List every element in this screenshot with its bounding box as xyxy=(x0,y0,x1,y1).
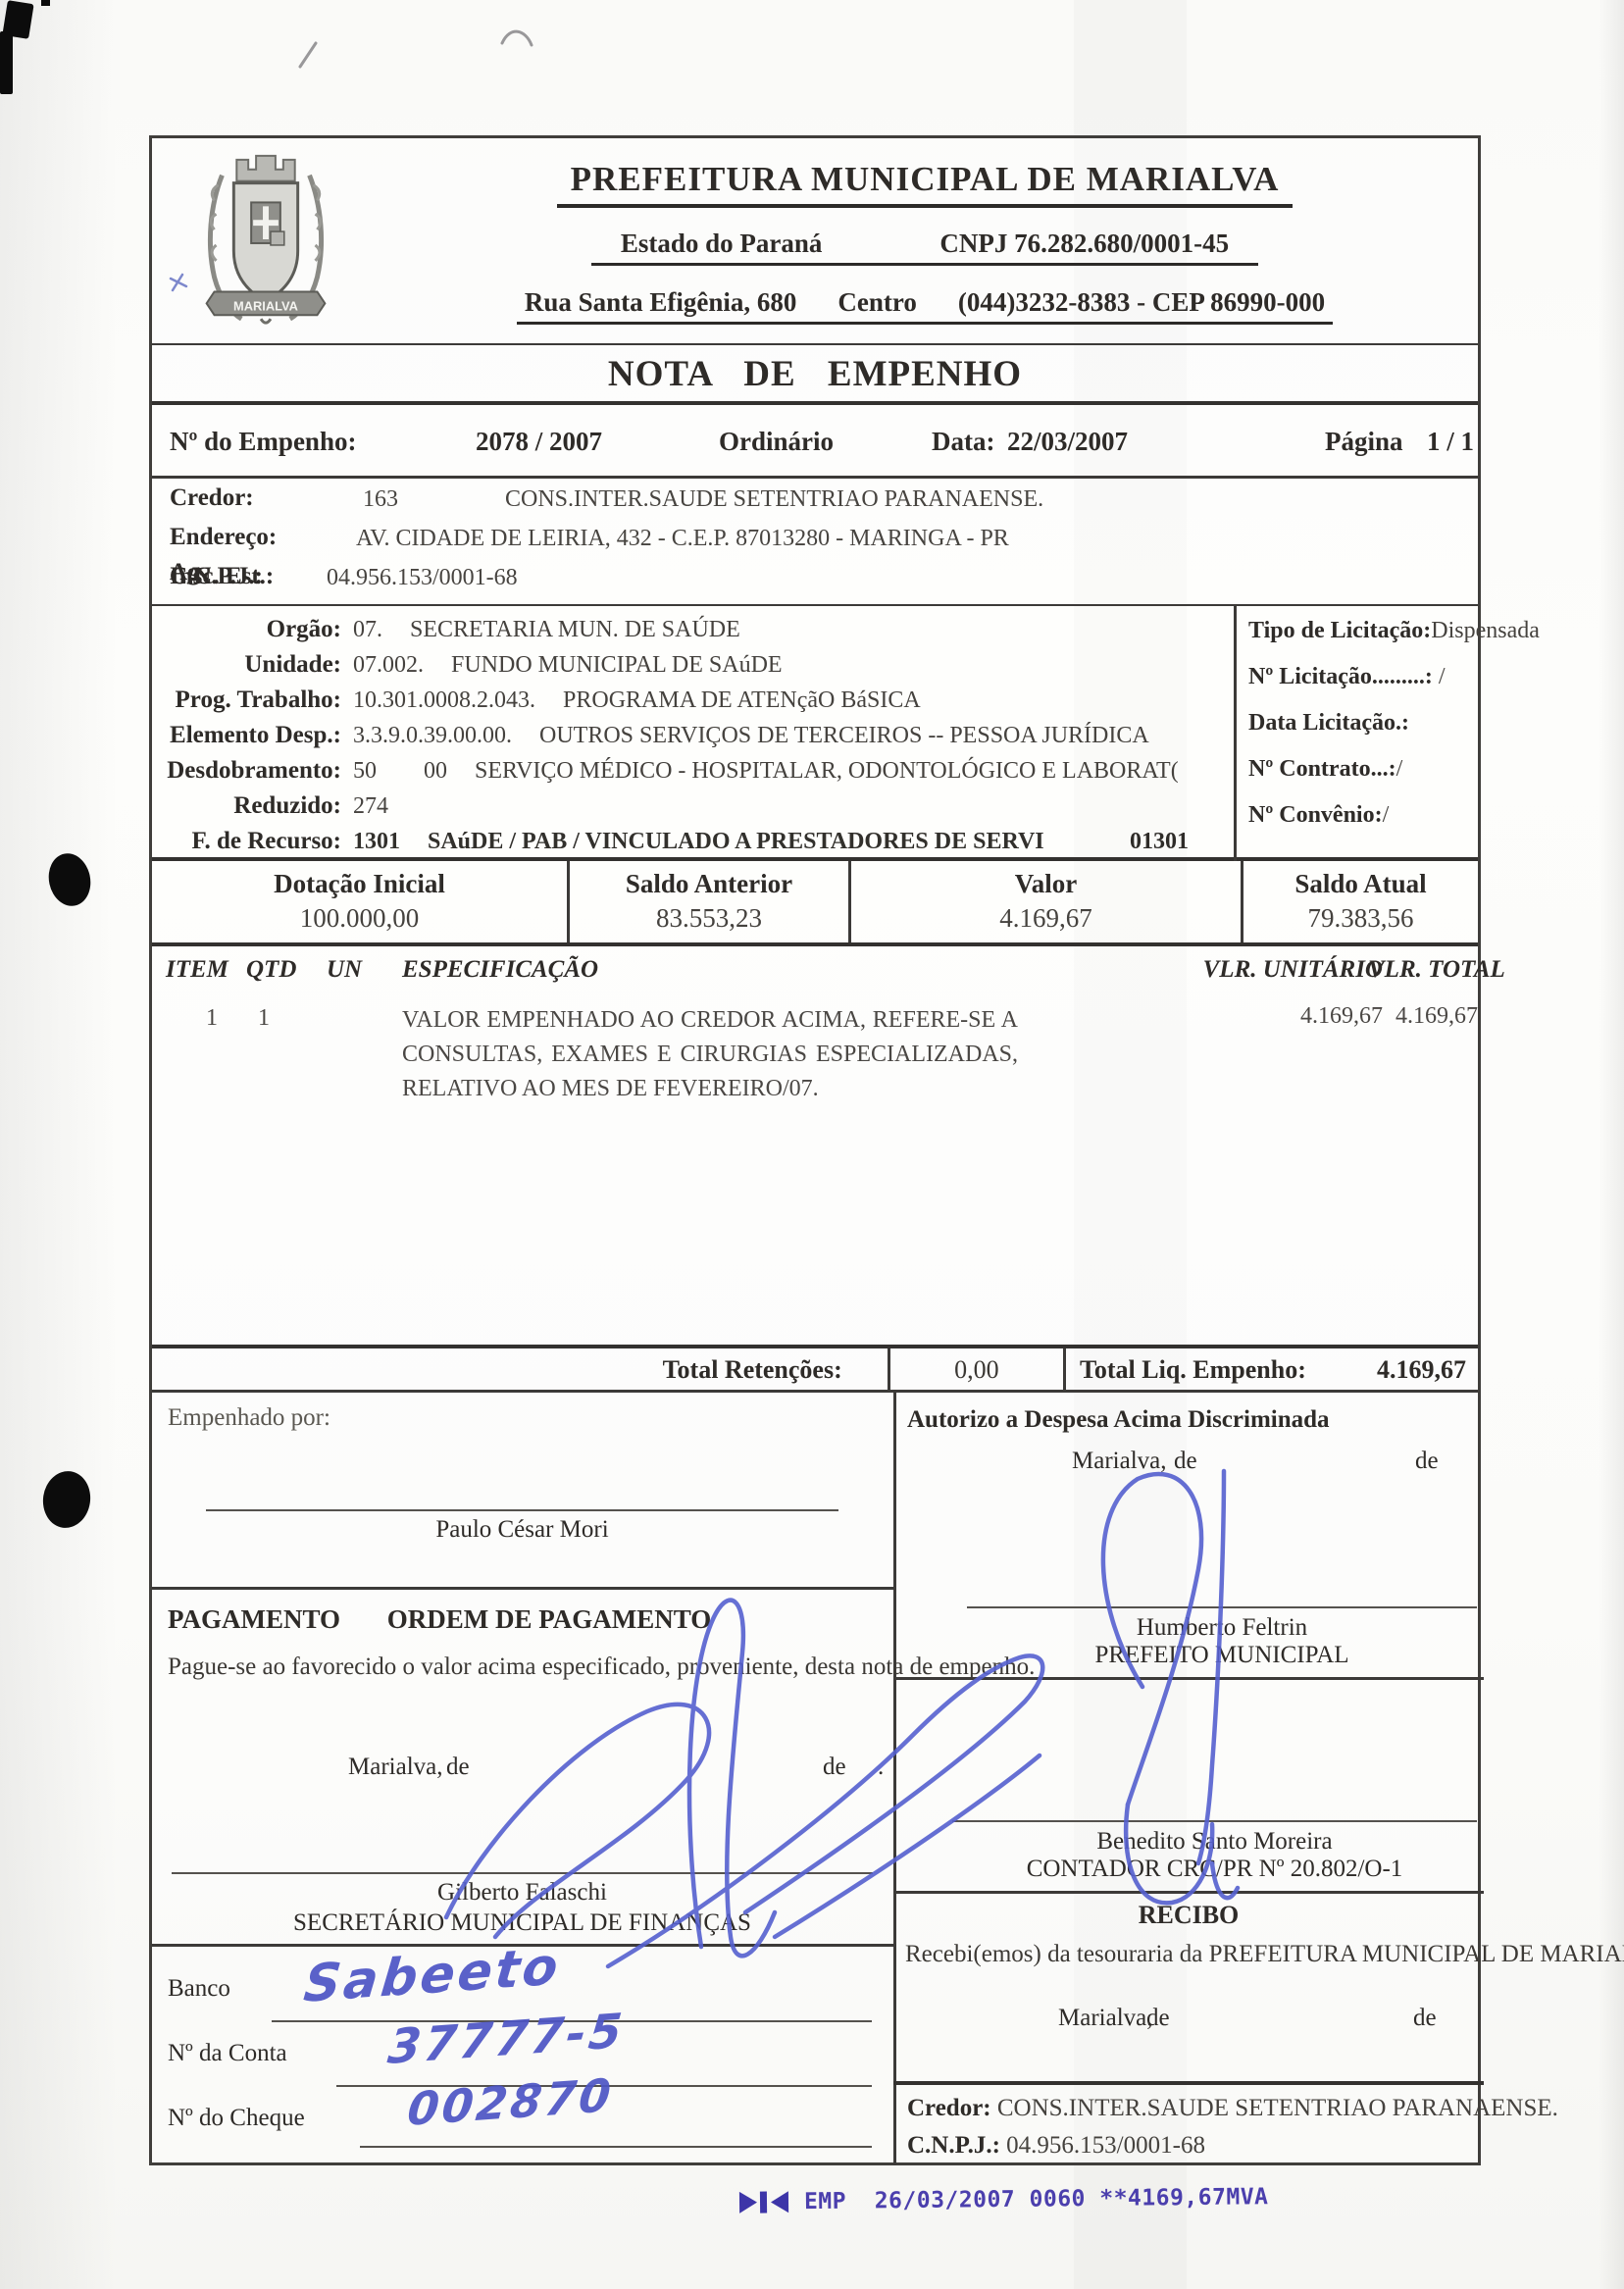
net-total-value: 4.169,67 xyxy=(1377,1355,1466,1385)
coat-banner-text: MARIALVA xyxy=(233,298,298,313)
licitacao-tipo-label: Tipo de Licitação: xyxy=(1248,618,1431,643)
signature-line xyxy=(952,1820,1477,1822)
scanned-page: MARIALVA PREFEITURA MUNICIPAL DE MARIALV… xyxy=(0,0,1624,2289)
row-code: 3.3.9.0.39.00.00. xyxy=(353,723,512,749)
row-label: Reduzido: xyxy=(152,792,353,820)
row-desc: OUTROS SERVIÇOS DE TERCEIROS -- PESSOA J… xyxy=(539,723,1149,749)
classification-row-reduzido: Reduzido: 274 xyxy=(152,792,1234,828)
empenho-type: Ordinário xyxy=(719,427,834,457)
empenho-number: 2078 / 2007 xyxy=(476,427,602,457)
licitacao-numero: Nº Licitação.........: / xyxy=(1248,664,1484,710)
letterhead-title-row: PREFEITURA MUNICIPAL DE MARIALVA xyxy=(380,160,1470,208)
col-header-qtd: QTD xyxy=(246,956,296,984)
col-header-vlr-unitario: VLR. UNITÁRIO xyxy=(1192,956,1383,984)
item-number: 1 xyxy=(206,1005,218,1032)
cheque-fill-line xyxy=(360,2146,872,2148)
city-blank: Marialva, xyxy=(1072,1448,1166,1475)
account-number-label: Nº da Conta xyxy=(168,2040,287,2067)
classification-row-prog-trabalho: Prog. Trabalho: 10.301.0008.2.043. PROGR… xyxy=(152,687,1234,722)
item-description: VALOR EMPENHADO AO CREDOR ACIMA, REFERE-… xyxy=(402,1003,1018,1106)
row-desc: PROGRAMA DE ATENçãO BáSICA xyxy=(563,687,921,714)
mayor-name: Humberto Feltrin xyxy=(967,1614,1477,1642)
accountant-name: Benedito Santo Moreira xyxy=(952,1828,1477,1856)
col-header-especificacao: ESPECIFICAÇÃO xyxy=(402,956,598,984)
date-label: Data: xyxy=(932,427,994,457)
licitacao-tipo-value: Dispensada xyxy=(1431,618,1540,643)
classification-row-orgao: Orgão: 07. SECRETARIA MUN. DE SAÚDE xyxy=(152,616,1234,651)
creditor-label: Credor: xyxy=(170,484,254,512)
scan-artifact-speck xyxy=(41,0,50,6)
document-title-band: NOTA DE EMPENHO xyxy=(152,343,1478,405)
page-label: Página xyxy=(1325,427,1403,457)
hole-punch-mark xyxy=(44,849,95,910)
row-code: 07.002. xyxy=(353,652,424,679)
totals-row: Total Retenções: 0,00 Total Liq. Empenho… xyxy=(152,1345,1478,1390)
municipality-cnpj: CNPJ 76.282.680/0001-45 xyxy=(939,229,1229,259)
classification-row-desdobramento: Desdobramento: 50 00 SERVIÇO MÉDICO - HO… xyxy=(152,757,1234,792)
marialva-coat-of-arms-icon: MARIALVA xyxy=(191,146,340,336)
net-total-label: Total Liq. Empenho: xyxy=(1080,1355,1306,1385)
licitacao-data: Data Licitação.: xyxy=(1248,710,1484,756)
valor-cell: Valor 4.169,67 xyxy=(851,861,1243,942)
receipt-title: RECIBO xyxy=(893,1901,1484,1930)
row-desc: SECRETARIA MUN. DE SAÚDE xyxy=(410,617,740,643)
cell-value: 100.000,00 xyxy=(152,903,567,934)
phone-cep: (044)3232-8383 - CEP 86990-000 xyxy=(958,287,1325,318)
items-table: ITEM QTD UN ESPECIFICAÇÃO VLR. UNITÁRIO … xyxy=(152,946,1478,1345)
hole-punch-mark xyxy=(39,1468,94,1531)
committed-by-name: Paulo César Mori xyxy=(206,1516,838,1544)
finance-secretary-role: SECRETÁRIO MUNICIPAL DE FINANÇAS xyxy=(172,1909,873,1937)
bank-handwritten-value: Sabeeto xyxy=(301,1937,564,2014)
state-label: Estado do Paraná xyxy=(621,229,823,259)
row-label: Orgão: xyxy=(152,616,353,643)
cell-label: Valor xyxy=(851,869,1241,899)
row-code2: 00 xyxy=(424,758,447,785)
letterhead-address-row: Rua Santa Efigênia, 680 Centro (044)3232… xyxy=(380,287,1470,325)
bidding-info-column: Tipo de Licitação:Dispensada Nº Licitaçã… xyxy=(1234,606,1484,861)
classification-row-elemento: Elemento Desp.: 3.3.9.0.39.00.00. OUTROS… xyxy=(152,722,1234,757)
address-label: Endereço: xyxy=(170,524,277,551)
signature-line xyxy=(206,1509,838,1511)
licitacao-contrato-label: Nº Contrato...: xyxy=(1248,756,1396,782)
date-blank-de: de xyxy=(1413,2005,1437,2032)
section-divider xyxy=(893,1677,1484,1680)
row-desc: FUNDO MUNICIPAL DE SAúDE xyxy=(451,652,783,679)
date-blank-de: de xyxy=(446,1754,470,1781)
signature-line xyxy=(967,1606,1477,1608)
payment-order-text: Pague-se ao favorecido o valor acima esp… xyxy=(168,1650,854,1685)
empenho-number-row: Nº do Empenho: 2078 / 2007 Ordinário Dat… xyxy=(152,405,1478,479)
item-total-value: 4.169,67 xyxy=(1368,1003,1478,1030)
receipt-cnpj-line: C.N.P.J.: 04.956.153/0001-68 xyxy=(907,2132,1205,2160)
finance-secretary-name: Gilberto Falaschi xyxy=(172,1879,873,1907)
item-unit-value: 4.169,67 xyxy=(1192,1003,1383,1030)
cheque-number-label: Nº do Cheque xyxy=(168,2105,305,2132)
district: Centro xyxy=(837,287,917,318)
col-header-item: ITEM xyxy=(166,956,228,984)
cell-label: Saldo Anterior xyxy=(570,869,848,899)
date-blank-de: de xyxy=(1174,1448,1197,1475)
city-blank: Marialva, xyxy=(1058,2005,1152,2032)
creditor-label: Credor: xyxy=(907,2095,991,2121)
row-code: 07. xyxy=(353,617,382,643)
row-label: Desdobramento: xyxy=(152,757,353,785)
section-divider xyxy=(893,2081,1484,2085)
licitacao-convenio: Nº Convênio:/ xyxy=(1248,802,1484,848)
account-handwritten-value: 37777-5 xyxy=(385,2004,628,2075)
page-number: 1 / 1 xyxy=(1427,427,1474,457)
cell-value: 83.553,23 xyxy=(570,903,848,934)
row-label: Unidade: xyxy=(152,651,353,679)
classification-rows: Orgão: 07. SECRETARIA MUN. DE SAÚDE Unid… xyxy=(152,606,1234,863)
licitacao-convenio-value: / xyxy=(1383,802,1390,828)
item-qty: 1 xyxy=(258,1005,270,1032)
licitacao-num-value: / xyxy=(1439,664,1446,689)
row-code: 1301 xyxy=(353,829,400,855)
creditor-name: CONS.INTER.SAUDE SETENTRIAO PARANAENSE. xyxy=(997,2095,1558,2121)
licitacao-contrato-value: / xyxy=(1396,756,1403,782)
retentions-label: Total Retenções: xyxy=(152,1348,890,1390)
row-desc: SAúDE / PAB / VINCULADO A PRESTADORES DE… xyxy=(428,829,1044,855)
row-label: Elemento Desp.: xyxy=(152,722,353,749)
licitacao-num-label: Nº Licitação.........: xyxy=(1248,664,1433,689)
column-divider xyxy=(893,1393,896,2165)
budget-classification-block: Orgão: 07. SECRETARIA MUN. DE SAÚDE Unid… xyxy=(152,606,1478,861)
licitacao-data-label: Data Licitação.: xyxy=(1248,710,1409,736)
cell-value: 4.169,67 xyxy=(851,903,1241,934)
dotacao-inicial-cell: Dotação Inicial 100.000,00 xyxy=(152,861,570,942)
city-blank: Marialva, xyxy=(348,1754,442,1781)
payment-order-title: ORDEM DE PAGAMENTO xyxy=(338,1604,760,1635)
creditor-cnpj: 04.956.153/0001-68 xyxy=(1006,2132,1205,2159)
creditor-address: AV. CIDADE DE LEIRIA, 432 - C.E.P. 87013… xyxy=(356,526,1009,552)
cell-label: Dotação Inicial xyxy=(152,869,567,899)
letterhead-state-row: Estado do Paraná CNPJ 76.282.680/0001-45 xyxy=(380,229,1470,266)
date-blank-de: de xyxy=(823,1754,846,1781)
creditor-cnpj: 04.956.153/0001-68 xyxy=(327,565,518,591)
authorize-expense-title: Autorizo a Despesa Acima Discriminada xyxy=(907,1406,1330,1434)
signatures-area: Empenhado por: Paulo César Mori PAGAMENT… xyxy=(152,1390,1478,2165)
licitacao-convenio-label: Nº Convênio: xyxy=(1248,802,1383,828)
signature-line xyxy=(172,1872,873,1874)
licitacao-contrato: Nº Contrato...:/ xyxy=(1248,756,1484,802)
date-blank-de: de xyxy=(1146,2005,1170,2032)
pencil-check-marks xyxy=(300,31,532,67)
scan-artifact-blot xyxy=(0,31,13,94)
creditor-block: Credor: 163 CONS.INTER.SAUDE SETENTRIAO … xyxy=(152,479,1478,606)
net-total-cell: Total Liq. Empenho: 4.169,67 xyxy=(1066,1348,1478,1390)
date-blank-de: de xyxy=(1415,1448,1439,1475)
cheque-handwritten-value: 002870 xyxy=(405,2068,616,2136)
cell-value: 79.383,56 xyxy=(1243,903,1478,934)
cell-label: Saldo Atual xyxy=(1243,869,1478,899)
col-header-vlr-total: VLR. TOTAL xyxy=(1368,956,1478,984)
section-divider xyxy=(893,1891,1484,1894)
payment-title: PAGAMENTO xyxy=(168,1604,340,1635)
document-title: NOTA DE EMPENHO xyxy=(152,345,1478,395)
classification-row-unidade: Unidade: 07.002. FUNDO MUNICIPAL DE SAúD… xyxy=(152,651,1234,687)
classification-row-recurso: F. de Recurso: 1301 SAúDE / PAB / VINCUL… xyxy=(152,828,1234,863)
validation-stamp: EMP 26/03/2007 0060 **4169,67MVA xyxy=(737,2182,1269,2217)
retentions-value: 0,00 xyxy=(890,1348,1066,1390)
account-label: C/C xyxy=(170,563,212,590)
saldo-atual-cell: Saldo Atual 79.383,56 xyxy=(1243,861,1478,942)
balances-row: Dotação Inicial 100.000,00 Saldo Anterio… xyxy=(152,861,1478,946)
row-extra-code: 01301 xyxy=(1130,829,1234,855)
bank-label: Banco xyxy=(168,1975,230,2003)
stamp-text: EMP 26/03/2007 0060 **4169,67MVA xyxy=(804,2184,1269,2214)
row-code: 10.301.0008.2.043. xyxy=(353,687,535,714)
street-address: Rua Santa Efigênia, 680 xyxy=(525,287,797,318)
row-code: 274 xyxy=(353,793,388,820)
row-code: 50 xyxy=(353,758,377,785)
creditor-name: CONS.INTER.SAUDE SETENTRIAO PARANAENSE. xyxy=(505,486,1043,513)
date-value: 22/03/2007 xyxy=(1007,427,1128,457)
letterhead: MARIALVA PREFEITURA MUNICIPAL DE MARIALV… xyxy=(152,138,1478,343)
receipt-creditor-line: Credor: CONS.INTER.SAUDE SETENTRIAO PARA… xyxy=(907,2095,1558,2122)
receipt-text: Recebi(emos) da tesouraria da PREFEITURA… xyxy=(905,1938,1476,1971)
committed-by-label: Empenhado por: xyxy=(168,1404,330,1432)
empenho-number-label: Nº do Empenho: xyxy=(170,427,356,457)
licitacao-tipo: Tipo de Licitação:Dispensada xyxy=(1248,618,1484,664)
cnpj-label: C.N.P.J.: xyxy=(907,2132,1000,2159)
period: . xyxy=(878,1754,884,1781)
section-divider xyxy=(152,1587,893,1590)
municipality-title: PREFEITURA MUNICIPAL DE MARIALVA xyxy=(557,160,1294,208)
row-label: Prog. Trabalho: xyxy=(152,687,353,714)
creditor-code: 163 xyxy=(363,486,398,513)
saldo-anterior-cell: Saldo Anterior 83.553,23 xyxy=(570,861,851,942)
accountant-role: CONTADOR CRC/PR Nº 20.802/O-1 xyxy=(952,1856,1477,1883)
col-header-un: UN xyxy=(327,956,362,984)
stamp-logo-icon xyxy=(737,2187,790,2217)
row-label: F. de Recurso: xyxy=(152,828,353,855)
row-desc: SERVIÇO MÉDICO - HOSPITALAR, ODONTOLÓGIC… xyxy=(475,758,1179,785)
mayor-role: PREFEITO MUNICIPAL xyxy=(967,1642,1477,1669)
nota-de-empenho-form: MARIALVA PREFEITURA MUNICIPAL DE MARIALV… xyxy=(149,135,1481,2165)
